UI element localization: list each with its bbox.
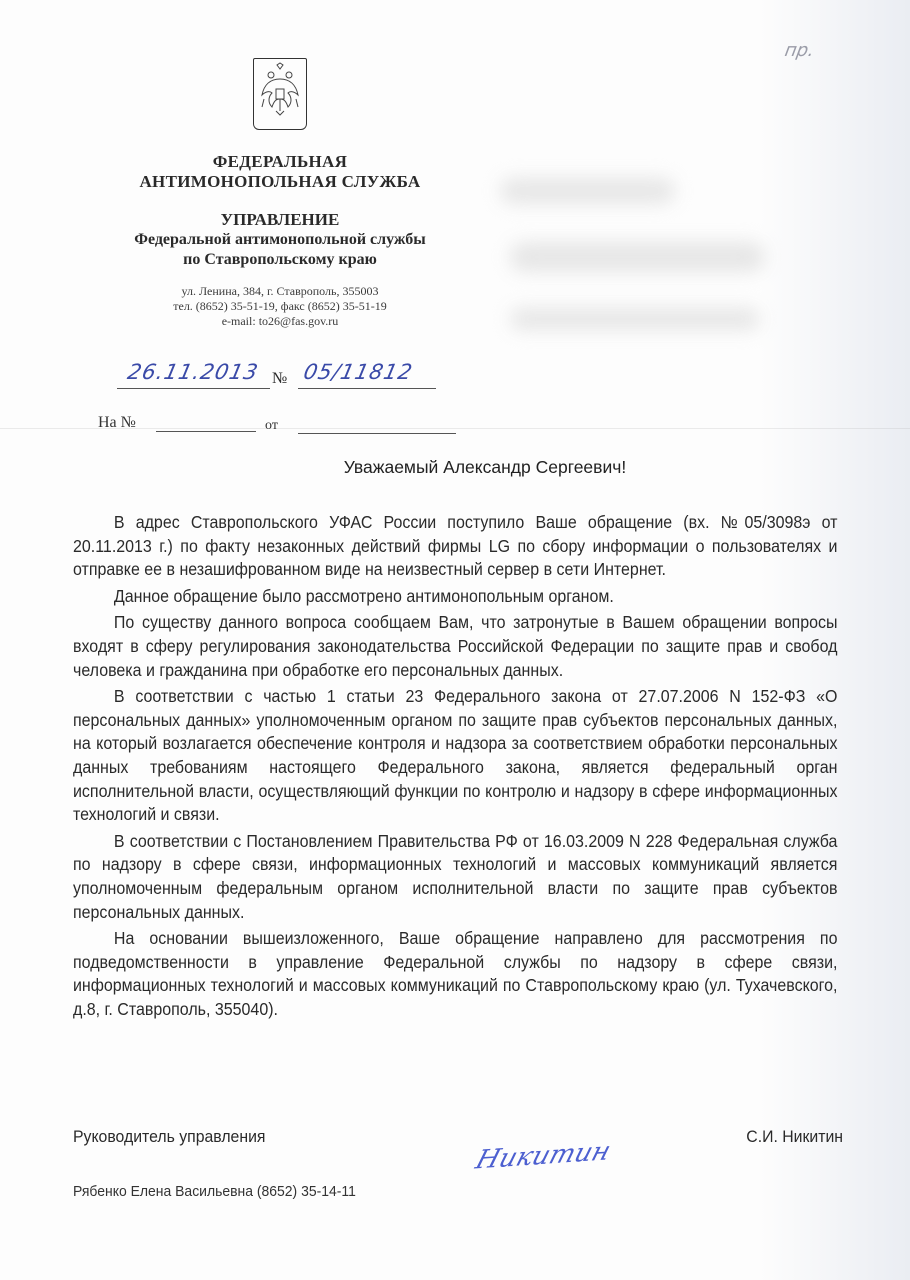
- coat-of-arms-icon: [253, 58, 307, 130]
- handwritten-signature: Никитин: [472, 1136, 614, 1175]
- paragraph-4: В соответствии с частью 1 статьи 23 Феде…: [73, 685, 837, 827]
- redacted-line-3: [510, 308, 760, 330]
- reference-date-field: [298, 433, 456, 434]
- dept-subtitle-line2: по Ставропольскому краю: [90, 250, 470, 270]
- paragraph-3: По существу данного вопроса сообщаем Вам…: [73, 611, 837, 682]
- paragraph-5: В соответствии с Постановлением Правител…: [73, 830, 837, 924]
- paragraph-6: На основании вышеизложенного, Ваше обращ…: [73, 927, 837, 1021]
- phone-fax: тел. (8652) 35-51-19, факс (8652) 35-51-…: [90, 299, 470, 314]
- letter-body: В адрес Ставропольского УФАС России пост…: [73, 511, 784, 1024]
- org-address: ул. Ленина, 384, г. Ставрополь, 355003 т…: [90, 284, 470, 329]
- outgoing-number: 05/11812: [301, 360, 415, 384]
- number-sign: №: [272, 370, 287, 388]
- paper-fold-line: [0, 428, 910, 429]
- reference-number-field: [156, 431, 256, 432]
- dept-title: УПРАВЛЕНИЕ: [90, 210, 470, 230]
- salutation: Уважаемый Александр Сергеевич!: [0, 457, 910, 478]
- paragraph-1: В адрес Ставропольского УФАС России пост…: [73, 511, 837, 582]
- reference-number-label: На №: [98, 414, 136, 432]
- outgoing-date: 26.11.2013: [125, 360, 260, 384]
- redacted-line-1: [500, 178, 675, 204]
- executor-contact: Рябенко Елена Васильевна (8652) 35-14-11: [73, 1183, 356, 1200]
- date-underline: [117, 388, 270, 389]
- org-title-line2: АНТИМОНОПОЛЬНАЯ СЛУЖБА: [90, 172, 470, 192]
- dept-subtitle-line1: Федеральной антимонопольной службы: [90, 230, 470, 250]
- number-underline: [298, 388, 436, 389]
- reference-date-label: от: [265, 418, 278, 434]
- org-title-line1: ФЕДЕРАЛЬНАЯ: [90, 152, 470, 172]
- paragraph-2: Данное обращение было рассмотрено антимо…: [73, 585, 837, 609]
- email-address: e-mail: to26@fas.gov.ru: [90, 314, 470, 329]
- signer-position: Руководитель управления: [73, 1127, 265, 1147]
- street-address: ул. Ленина, 384, г. Ставрополь, 355003: [90, 284, 470, 299]
- handwritten-corner-note: пр.: [783, 40, 816, 61]
- redacted-line-2: [510, 242, 765, 272]
- letterhead: ФЕДЕРАЛЬНАЯ АНТИМОНОПОЛЬНАЯ СЛУЖБА УПРАВ…: [90, 58, 470, 329]
- signer-name: С.И. Никитин: [746, 1127, 843, 1147]
